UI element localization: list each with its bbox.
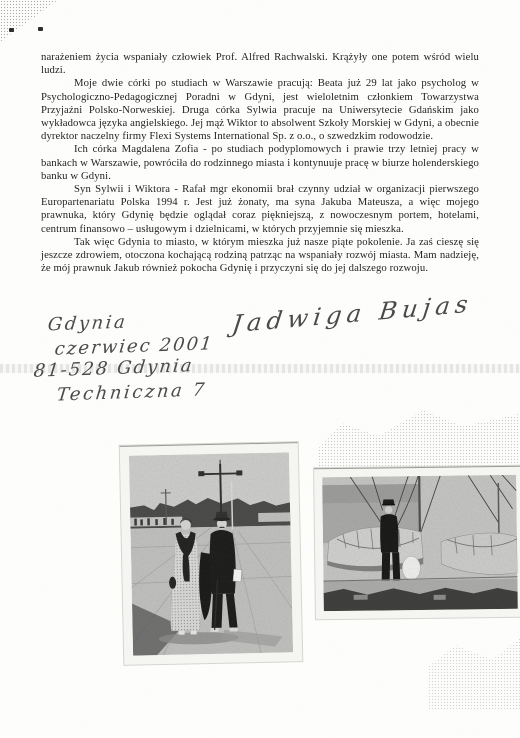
letter-paragraph: Tak więc Gdynia to miasto, w którym mies… bbox=[41, 236, 479, 276]
scan-artifact-mark bbox=[38, 27, 43, 31]
scan-artifact-corner-dither bbox=[0, 0, 58, 42]
scan-artifact-dither-patch bbox=[318, 404, 520, 468]
letter-paragraph: Syn Sylwii i Wiktora - Rafał mgr ekonomi… bbox=[41, 183, 479, 236]
letter-paragraph: narażeniem życia wspaniały człowiek Prof… bbox=[41, 51, 479, 77]
scanned-letter-page: narażeniem życia wspaniały człowiek Prof… bbox=[0, 0, 520, 738]
letter-paragraph: Ich córka Magdalena Zofia - po studiach … bbox=[41, 143, 479, 183]
scan-artifact-dither-patch bbox=[428, 638, 520, 710]
handwritten-postal-code: 81-528 Gdynia bbox=[33, 355, 195, 382]
handwritten-city: Gdynia bbox=[47, 312, 129, 336]
signature: Jadwiga Bujas bbox=[231, 290, 475, 339]
photo-sailor-deck bbox=[314, 466, 520, 620]
letter-body: narażeniem życia wspaniały człowiek Prof… bbox=[41, 51, 479, 275]
handwritten-street: Techniczna 7 bbox=[56, 379, 208, 405]
letter-paragraph: Moje dwie córki po studiach w Warszawie … bbox=[41, 77, 479, 143]
photo-promenade-couple bbox=[120, 442, 303, 665]
photo-sailor-deck-image bbox=[322, 475, 518, 611]
photo-promenade-couple-image bbox=[129, 452, 293, 655]
scan-artifact-mark bbox=[9, 28, 14, 32]
